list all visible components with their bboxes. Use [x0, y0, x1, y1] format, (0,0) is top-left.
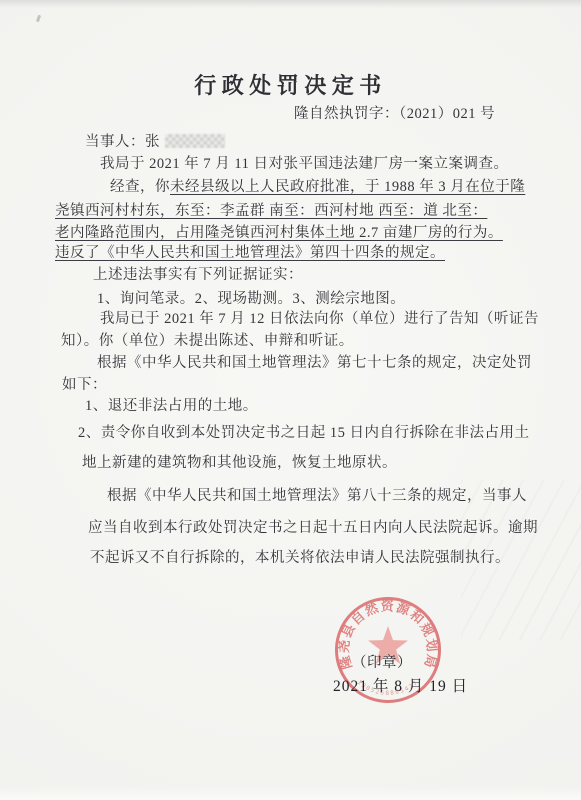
body-line: 2、责令你自收到本处罚决定书之日起 15 日内自行拆除在非法占用土: [78, 421, 530, 442]
body-line: 地上新建的建筑物和其他设施，恢复土地原状。: [82, 451, 397, 472]
body-line: 知）。你（单位）未提出陈述、申辩和听证。: [61, 329, 354, 350]
body-line: 1、询问笔录。2、现场勘测。3、测绘宗地图。: [97, 287, 405, 308]
doc-number: 隆自然执罚字：（2021）021 号: [294, 102, 495, 123]
seal-note: （印章）: [352, 651, 412, 672]
body-line: 我局已于 2021 年 7 月 12 日依法向你（单位）进行了告知（听证告: [100, 307, 539, 328]
body-line: 应当自收到本行政处罚决定书之日起十五日内向人民法院起诉。逾期: [88, 516, 538, 537]
body-line: 1、退还非法占用的土地。: [85, 394, 258, 415]
body-line-underlined: 老内隆路范围内，占用隆尧镇西河村集体土地 2.7 亩建厂房的行为。: [55, 221, 503, 242]
issue-date: 2021 年 8 月 19 日: [333, 674, 468, 696]
body-line: 我局于 2021 年 7 月 11 日对张平国违法建厂房一案立案调查。: [100, 152, 508, 173]
body-line: 根据《中华人民共和国土地管理法》第八十三条的规定，当事人: [107, 484, 527, 505]
body-line-plain: 经查，你: [110, 179, 170, 195]
body-line: 上述违法事实有下列证据证实：: [93, 263, 303, 284]
party-label: 当事人：张: [85, 134, 160, 150]
body-line: 如下：: [62, 373, 107, 394]
party-line: 当事人：张: [85, 130, 225, 151]
body-line: 经查，你未经县级以上人民政府批准，于 1988 年 3 月在位于隆: [110, 175, 525, 196]
body-line-underlined: 未经县级以上人民政府批准，于 1988 年 3 月在位于隆: [170, 179, 525, 195]
body-line-underlined: 尧镇西河村村东，东至：李孟群 南至：西河村地 西至：道 北至：: [55, 199, 487, 220]
page-title: 行政处罚决定书: [0, 69, 581, 100]
body-line: 根据《中华人民共和国土地管理法》第七十七条的规定，决定处罚: [97, 351, 532, 372]
scan-speck: [36, 15, 41, 23]
redacted-name-blur: [165, 134, 225, 148]
body-line-underlined: 违反了《中华人民共和国土地管理法》第四十四条的规定。: [55, 241, 445, 262]
body-line: 不起诉又不自行拆除的，本机关将依法申请人民法院强制执行。: [90, 546, 510, 567]
